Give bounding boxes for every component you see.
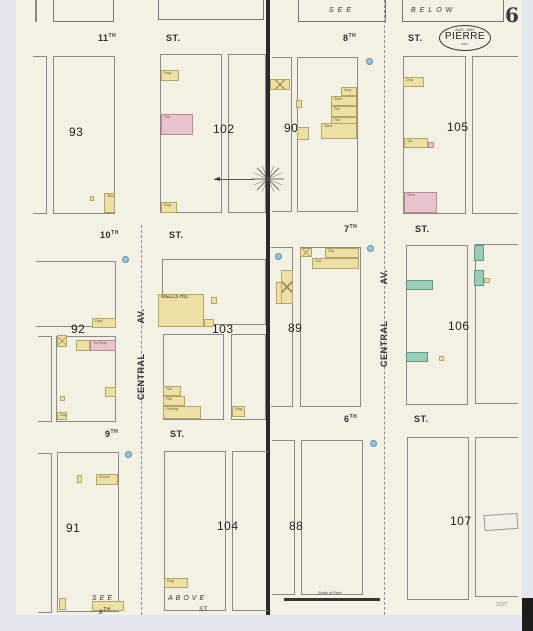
above-label-bottom: ABOVE [168,595,207,602]
building-saloon[interactable]: Sal. [404,138,428,148]
block-92-west [38,336,52,422]
pencil-note: 1/2/7 [496,602,507,608]
block-number-103: 103 [212,322,234,336]
street-label-11th: 11TH [98,33,116,43]
central-av-label-left: CENTRAL AV. [136,308,146,400]
block-91-west [38,453,52,613]
building-small-3[interactable] [105,387,116,397]
block-93-side [33,56,47,214]
building-small-5[interactable] [211,297,217,304]
see-label: SEE [329,7,355,14]
see-reference-box: SEE [298,0,386,22]
building-small-7[interactable] [484,278,490,283]
block-93[interactable] [53,56,115,214]
street-label-7th: 7TH [344,224,357,234]
hydrant-icon [370,440,377,447]
street-label-9th: 9TH [105,429,118,439]
hydrant-icon [367,245,374,252]
street-label-7th-st: ST. [415,224,430,234]
building-wells-house[interactable]: WELLS HO. [158,294,204,327]
see-label-bottom: SEE [92,595,115,602]
building-hotel[interactable]: Store [331,96,357,106]
block-number-105: 105 [447,120,469,134]
central-av-label-right: CENTRAL AV. [379,269,389,367]
street-label-8th: 8TH [343,33,356,43]
block-number-91: 91 [66,521,80,535]
building-dwelling-3[interactable]: Dwg [341,87,357,96]
building-dwelling-8[interactable]: Dwg [164,578,188,588]
building-shed[interactable] [270,79,290,90]
building-stone-2[interactable] [406,352,428,362]
building-brick[interactable]: Flat [161,114,193,135]
building-flat-4[interactable]: Flat [163,396,185,406]
street-label-6th: 6TH [344,414,357,424]
building-stone-4[interactable] [474,270,484,286]
block-number-88: 88 [289,519,303,533]
building-brick-3[interactable]: Tin Shop [90,340,116,351]
street-label-9th-st: ST. [170,429,185,439]
street-label-8th-st: ST. [408,33,423,43]
hydrant-icon [122,256,129,263]
building-printing[interactable]: Printing [163,406,201,419]
hydrant-icon [366,58,373,65]
building-store[interactable]: Store [104,193,115,213]
hydrant-icon [125,451,132,458]
street-label-10th-st: ST. [169,230,184,240]
building-small-8[interactable] [77,475,82,483]
compass-rose-icon [248,163,288,195]
building-flat-5[interactable]: Flat [325,248,359,258]
block-number-106: 106 [448,319,470,333]
street-label-8th-bottom-st: ST. [199,607,209,613]
building-store-2[interactable]: Store [321,123,357,139]
building-flat-3[interactable]: Flat [163,386,181,396]
block-105-east [472,56,518,214]
street-label-6th-st: ST. [414,414,429,424]
lot-line [35,0,37,22]
building-school[interactable]: School [96,474,118,485]
top-left-block-stub-2 [158,0,264,20]
title-cartouche: AUG. 1887 PIERRE DAK. [439,25,491,51]
block-number-102: 102 [213,122,235,136]
building-dwelling-7[interactable]: Dwg [232,406,245,417]
building-frame[interactable] [76,340,90,351]
library-stamp [483,513,518,531]
title-city: PIERRE [440,32,490,42]
block-89[interactable] [300,247,361,407]
scale-label: Scale of Feet. [318,590,343,595]
street-label-10th: 10TH [100,230,119,240]
scan-edge [522,598,533,631]
building-dwelling-6[interactable]: Dwg [57,412,67,420]
block-number-92: 92 [71,322,85,336]
building-dwelling-4[interactable]: Dwg [403,77,424,87]
building-shed-3[interactable] [300,248,312,257]
building-dwelling-2[interactable]: Dwg [161,202,177,213]
building-brick-store[interactable]: Store [404,192,437,213]
block-106-east [475,244,518,404]
building-small-4[interactable] [60,396,65,401]
block-number-104: 104 [217,519,239,533]
building-shed-2[interactable] [57,335,67,347]
block-number-93: 93 [69,125,83,139]
building-flat[interactable]: Flat [331,106,357,117]
building-lean-to[interactable] [276,282,282,304]
building-small[interactable] [296,100,302,108]
building-flat-6[interactable]: Flat [312,258,359,269]
title-state: DAK. [440,42,490,46]
block-88-west [272,440,295,595]
building-dwelling-5[interactable]: Dwg [92,318,116,328]
building-dwelling[interactable]: Dwg [161,70,179,81]
below-label: BELOW [411,7,456,14]
scale-bar [284,598,380,601]
building-shed-4[interactable] [281,270,293,304]
central-av-centerline-left [141,225,142,615]
street-label-11th-st: ST. [166,33,181,43]
block-number-89: 89 [288,321,302,335]
building-stone[interactable] [406,280,433,290]
building-small-6[interactable] [439,356,444,361]
building-outbuilding[interactable] [90,196,94,201]
sheet-number: 6 [505,3,519,27]
block-number-107: 107 [450,514,472,528]
building-small-2[interactable] [297,127,309,140]
hydrant-icon [275,253,282,260]
building-small-9[interactable] [59,598,66,610]
block-88[interactable] [301,440,363,595]
below-reference-box: BELOW [402,0,504,22]
top-left-block-stub [53,0,114,22]
street-label-8th-bottom: 8TH [99,607,111,616]
building-brick-2[interactable] [428,142,434,148]
building-stone-3[interactable] [474,245,484,261]
building-annex[interactable] [204,319,214,327]
